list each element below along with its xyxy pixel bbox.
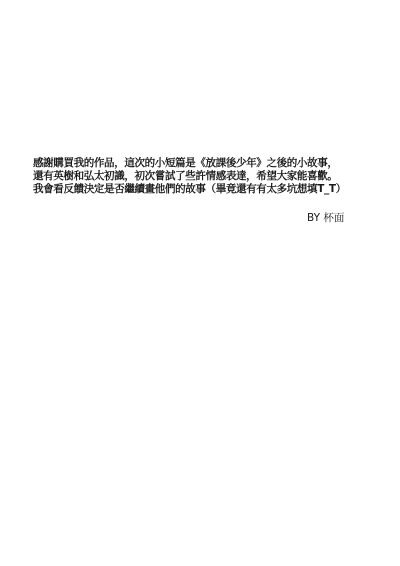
afterword-text-block: 感謝購買我的作品，這次的小短篇是《放課後少年》之後的小故事， 還有英樹和弘太初識… [33, 157, 363, 196]
afterword-line-3: 我會看反饋決定是否繼續畫他們的故事（畢竟還有有太多坑想填T_T） [33, 183, 363, 196]
afterword-line-1: 感謝購買我的作品，這次的小短篇是《放課後少年》之後的小故事， [33, 157, 363, 170]
author-signature: BY 杯面 [307, 212, 344, 225]
manga-afterword-page: 感謝購買我的作品，這次的小短篇是《放課後少年》之後的小故事， 還有英樹和弘太初識… [0, 0, 400, 566]
afterword-line-2: 還有英樹和弘太初識，初次嘗試了些許情感表達，希望大家能喜歡。 [33, 170, 363, 183]
